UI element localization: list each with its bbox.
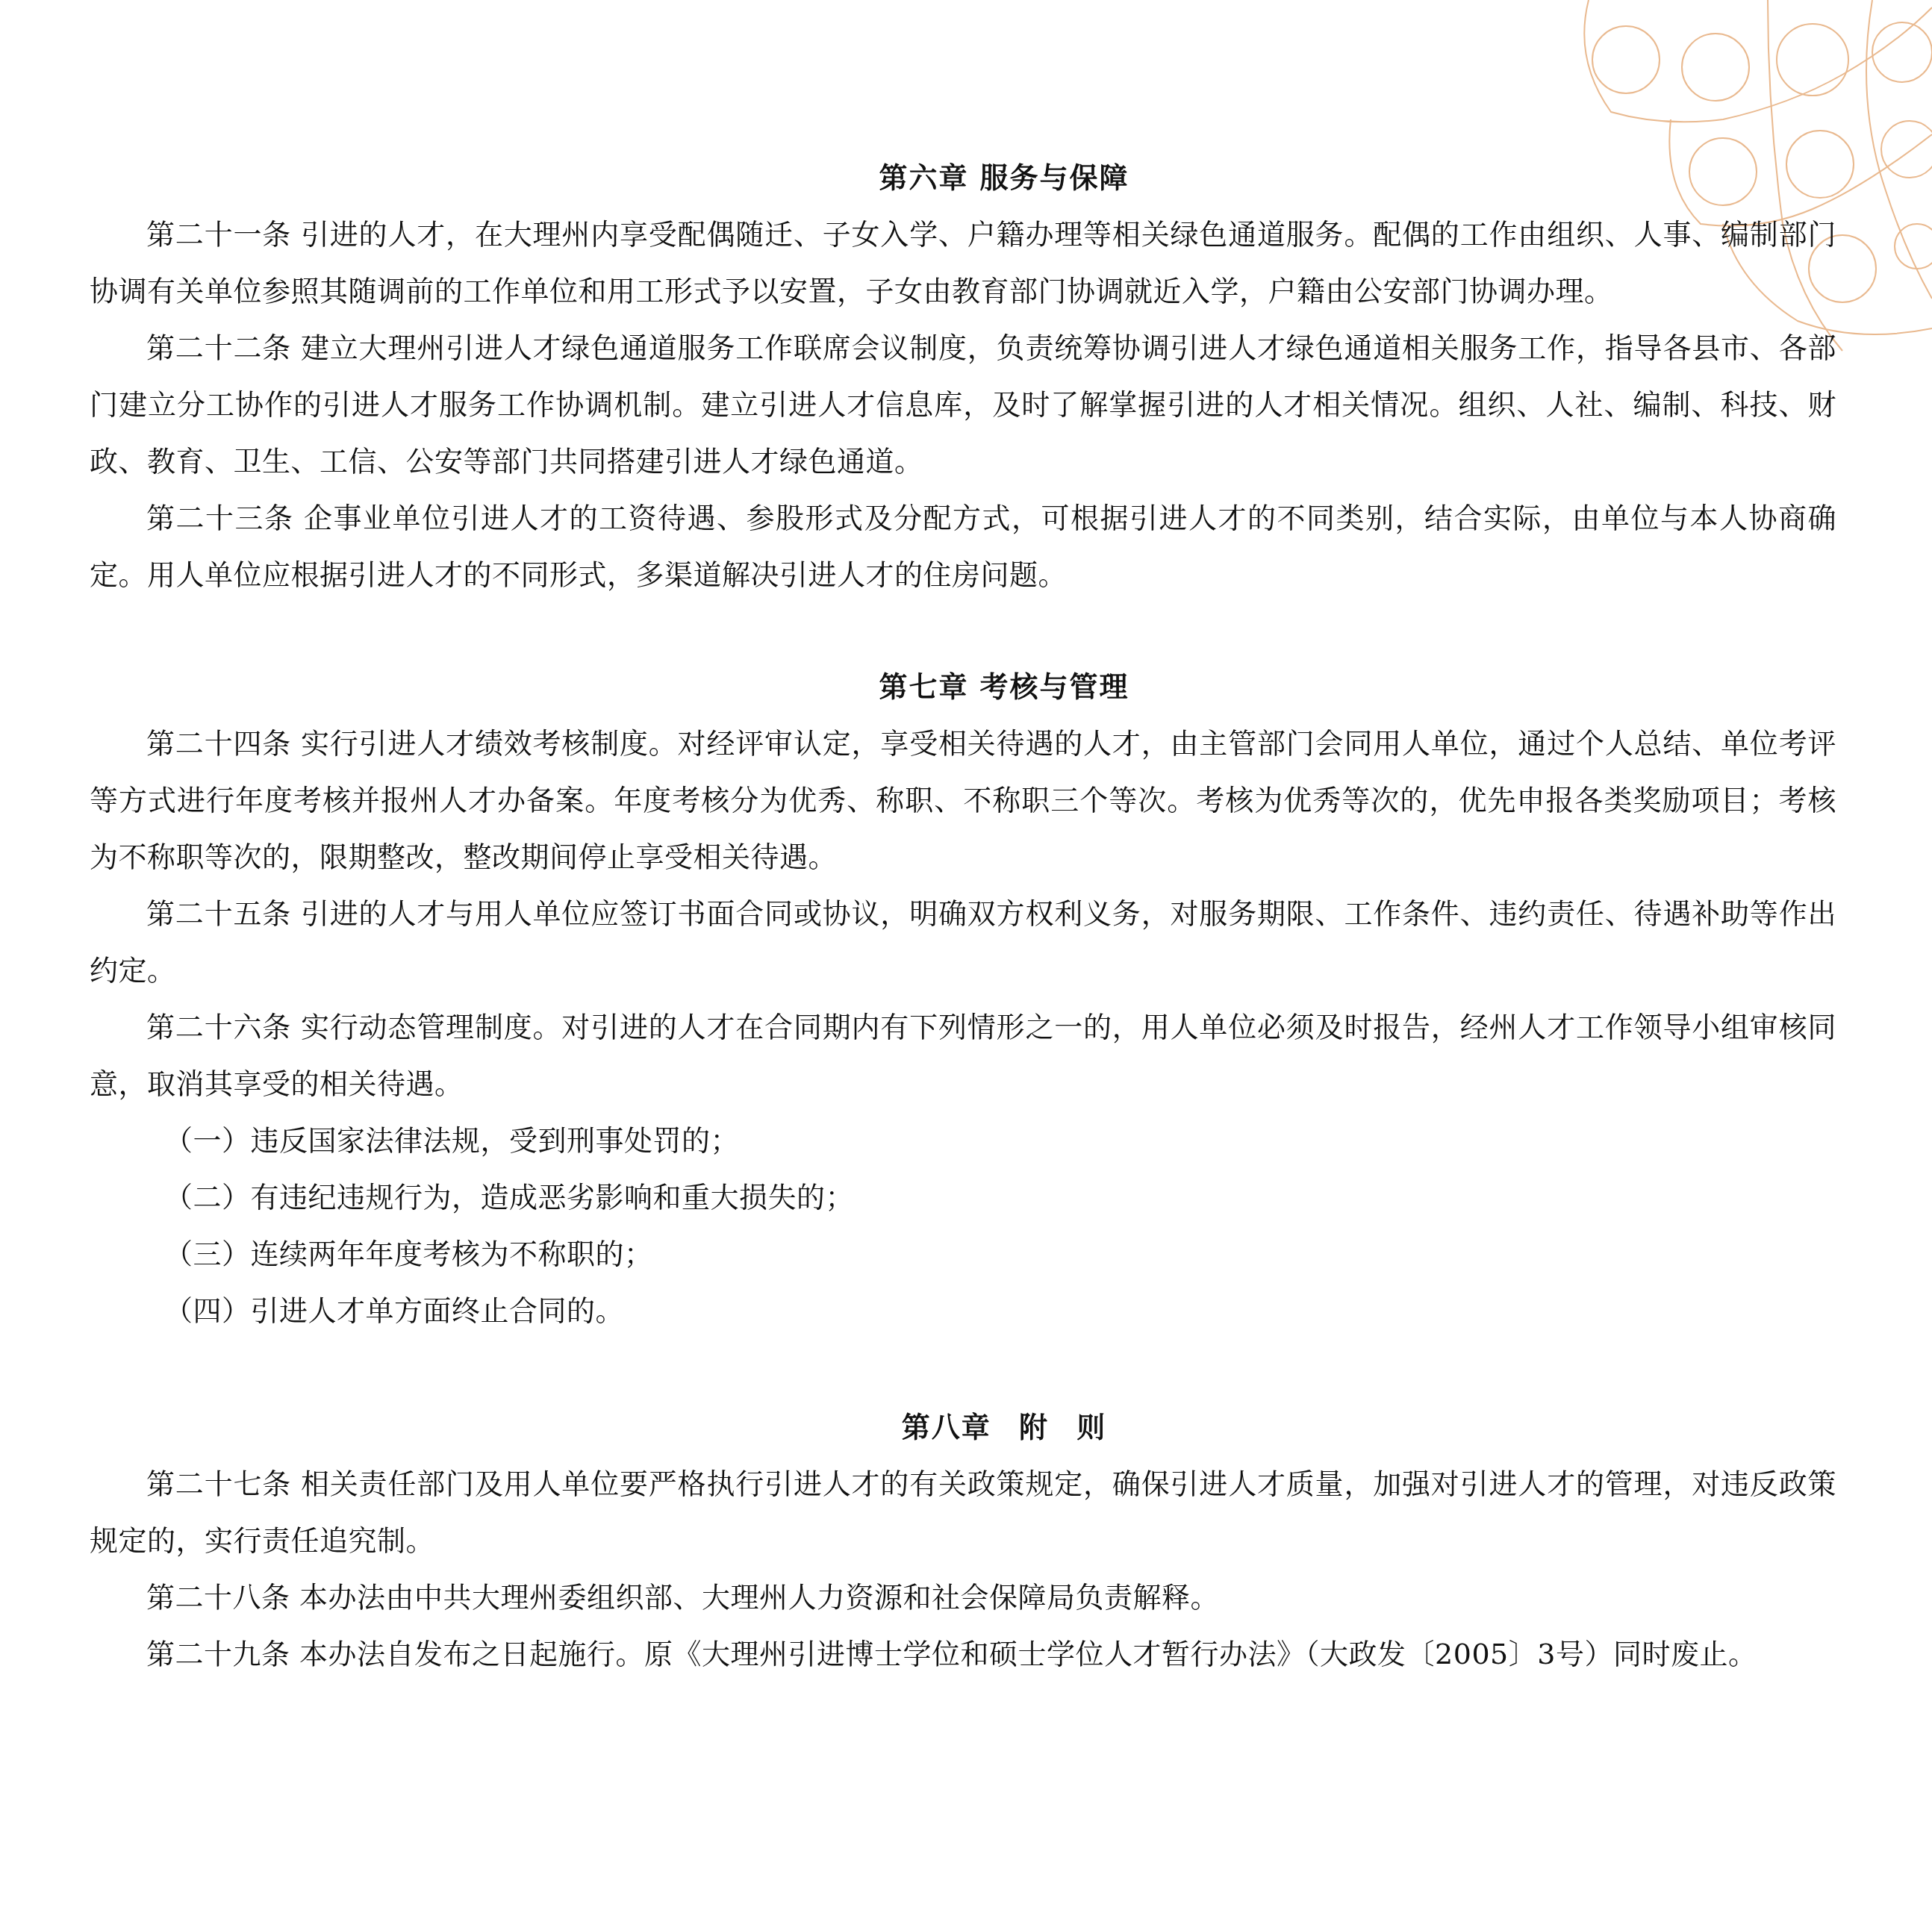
chapter-title: 第七章 考核与管理 — [90, 658, 1836, 715]
list-item: （四）引进人才单方面终止合同的。 — [90, 1282, 1836, 1339]
article-27: 第二十七条 相关责任部门及用人单位要严格执行引进人才的有关政策规定，确保引进人才… — [90, 1455, 1836, 1569]
chapter-title: 第六章 服务与保障 — [90, 149, 1836, 206]
article-23: 第二十三条 企事业单位引进人才的工资待遇、参股形式及分配方式，可根据引进人才的不… — [90, 490, 1836, 603]
section-gap — [90, 1339, 1836, 1399]
article-25: 第二十五条 引进的人才与用人单位应签订书面合同或协议，明确双方权利义务，对服务期… — [90, 885, 1836, 999]
document-page: 第六章 服务与保障 第二十一条 引进的人才，在大理州内享受配偶随迁、子女入学、户… — [90, 149, 1836, 1682]
section-gap — [90, 603, 1836, 658]
article-24: 第二十四条 实行引进人才绩效考核制度。对经评审认定，享受相关待遇的人才，由主管部… — [90, 715, 1836, 885]
article-21: 第二十一条 引进的人才，在大理州内享受配偶随迁、子女入学、户籍办理等相关绿色通道… — [90, 206, 1836, 319]
chapter-title: 第八章 附 则 — [90, 1399, 1836, 1455]
article-22: 第二十二条 建立大理州引进人才绿色通道服务工作联席会议制度，负责统筹协调引进人才… — [90, 319, 1836, 490]
list-item: （一）违反国家法律法规，受到刑事处罚的； — [90, 1112, 1836, 1169]
article-28: 第二十八条 本办法由中共大理州委组织部、大理州人力资源和社会保障局负责解释。 — [90, 1569, 1836, 1626]
article-29: 第二十九条 本办法自发布之日起施行。原《大理州引进博士学位和硕士学位人才暂行办法… — [90, 1626, 1836, 1682]
list-item: （二）有违纪违规行为，造成恶劣影响和重大损失的； — [90, 1169, 1836, 1226]
list-item: （三）连续两年年度考核为不称职的； — [90, 1226, 1836, 1282]
article-26: 第二十六条 实行动态管理制度。对引进的人才在合同期内有下列情形之一的，用人单位必… — [90, 999, 1836, 1112]
